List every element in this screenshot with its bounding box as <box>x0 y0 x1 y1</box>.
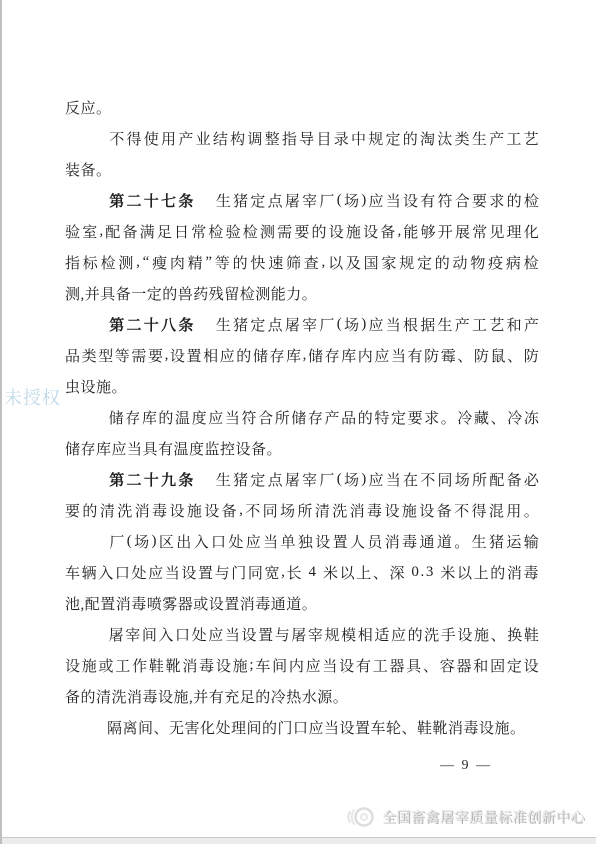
text-line: 厂(场)区出入口处应当单独设置人员消毒通道。生猪运输 <box>65 526 539 557</box>
line-text: 隔离间、无害化处理间的门口应当设置车轮、鞋靴消毒设施。 <box>107 717 526 738</box>
text-line: 装备。 <box>65 154 539 185</box>
text-line: 屠宰间入口处应当设置与屠宰规模相适应的洗手设施、换鞋 <box>65 619 539 650</box>
text-line: 第二十八条生猪定点屠宰厂(场)应当根据生产工艺和产 <box>65 309 539 340</box>
text-line: 不得使用产业结构调整指导目录中规定的淘汰类生产工艺 <box>65 123 539 154</box>
text-line: 池,配置消毒喷雾器或设置消毒通道。 <box>65 588 539 619</box>
line-text: 储存库应当具有温度监控设备。 <box>65 438 282 459</box>
page-number: — 9 — <box>440 758 492 773</box>
text-line: 虫设施。 <box>65 371 539 402</box>
text-line: 隔离间、无害化处理间的门口应当设置车轮、鞋靴消毒设施。 <box>65 712 539 743</box>
text-line: 储存库的温度应当符合所储存产品的特定要求。冷藏、冷冻 <box>65 402 539 433</box>
text-line: 备的清洗消毒设施,并有充足的冷热水源。 <box>65 681 539 712</box>
text-line: 储存库应当具有温度监控设备。 <box>65 433 539 464</box>
text-line: 品类型等需要,设置相应的储存库,储存库内应当有防霉、防鼠、防 <box>65 340 539 371</box>
text-line: 第二十九条生猪定点屠宰厂(场)应当在不同场所配备必 <box>65 464 539 495</box>
line-text: 装备。 <box>65 159 112 180</box>
footer: 全国畜禽屠宰质量标准创新中心 <box>2 802 596 832</box>
line-text: 池,配置消毒喷雾器或设置消毒通道。 <box>65 593 317 614</box>
line-text: 反应。 <box>65 97 112 118</box>
text-line: 要的清洗消毒设施设备,不同场所清洗消毒设施设备不得混用。 <box>65 495 539 526</box>
unauthorized-watermark: 未授权 <box>4 384 61 410</box>
line-text: 测,并具备一定的兽药残留检测能力。 <box>65 283 317 304</box>
org-name: 全国畜禽屠宰质量标准创新中心 <box>382 807 585 827</box>
text-line: 指标检测,“瘦肉精”等的快速筛查,以及国家规定的动物疫病检 <box>65 247 539 278</box>
text-line: 反应。 <box>65 92 539 123</box>
page-number-row: — 9 — <box>65 750 539 781</box>
text-line: 第二十七条生猪定点屠宰厂(场)应当设有符合要求的检 <box>65 185 539 216</box>
text-line: 测,并具备一定的兽药残留检测能力。 <box>65 278 539 309</box>
text-line: 车辆入口处应当设置与门同宽,长 4 米以上、深 0.3 米以上的消毒 <box>65 557 539 588</box>
text-line: 验室,配备满足日常检验检测需要的设施设备,能够开展常见理化 <box>65 216 539 247</box>
text-line: 设施或工作鞋靴消毒设施;车间内应当设有工器具、容器和固定设 <box>65 650 539 681</box>
org-logo-icon <box>343 805 375 829</box>
line-text: 虫设施。 <box>65 376 127 397</box>
line-text: 备的清洗消毒设施,并有充足的冷热水源。 <box>65 686 348 707</box>
document-body: 反应。不得使用产业结构调整指导目录中规定的淘汰类生产工艺装备。第二十七条生猪定点… <box>65 92 539 743</box>
document-page: 未授权 反应。不得使用产业结构调整指导目录中规定的淘汰类生产工艺装备。第二十七条… <box>0 0 596 844</box>
bottom-edge-bar <box>2 837 596 844</box>
